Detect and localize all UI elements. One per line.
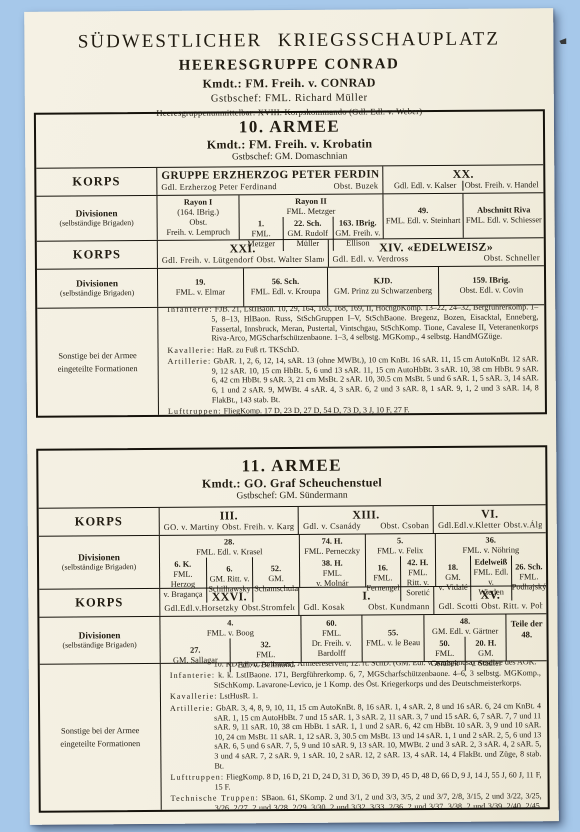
unit-commander: FML. [256, 650, 275, 660]
formation-kavallerie: Kavallerie: HaR. zu Fuß rt. TKSchD. [168, 343, 539, 355]
unit-commander: FML. [322, 629, 341, 639]
korps-name: XXI. [162, 242, 324, 257]
korps-row: KORPS XXVI. Gdl.Edl.v.Horsetzky Obst.Str… [39, 585, 546, 617]
unit-commander: FML. v. Elmar [176, 288, 225, 298]
unit-number: KJD. [374, 276, 393, 286]
formation-infanterie: Infanterie: FJB. 21, LstIBaon. 10, 29, 1… [167, 305, 538, 343]
korps-chief: Obst. Ritt. v. Pohl [481, 602, 542, 613]
division-cell-55: 55. FML. v. le Beau [362, 615, 424, 661]
divisionen-row: Divisionen (selbständige Brigaden) Rayon… [36, 192, 543, 241]
korps-xxvi: XXVI. Gdl.Edl.v.Horsetzky Obst.Stromfeld [160, 588, 298, 616]
unit-number: Teile der 48. [508, 618, 546, 639]
korps-xx: XX. Gdl. Edl. v. Kalser Obst. Freih. v. … [382, 165, 543, 193]
formation-head: Technische Truppen: [171, 794, 259, 804]
armee-11-gstbschef: Gstbschef: GM. Sündermann [39, 489, 546, 504]
unit-number: 42. H. [407, 558, 428, 568]
formation-body: LstHusR. 1. [220, 692, 259, 701]
korps-chief: Obst. Csoban [380, 521, 429, 531]
korps-row-label: KORPS [37, 241, 158, 269]
unit-number: 19. [195, 278, 205, 288]
korps-name: XV. [439, 588, 543, 602]
korps-kommandant: Gdl. Erzherzog Peter Ferdinand [161, 182, 277, 193]
formation-head: Artillerie: [170, 704, 214, 713]
unit-commander: GM. Edl. v. Gärtner [432, 627, 498, 636]
unit-number: 49. [418, 206, 428, 216]
korps-iii: III. GO. v. Martiny Obst. Freih. v. Karg [160, 507, 298, 535]
divisionen-sublabel: (selbständige Brigaden) [62, 563, 136, 572]
formation-head: Kavallerie: [170, 692, 218, 701]
page-header: SÜDWESTLICHER KRIEGSSCHAUPLATZ HEERESGRU… [24, 28, 554, 120]
unit-number: 20. H. [475, 639, 496, 649]
korps-kommandant: Gdl. Edl. v. Verdross [332, 255, 408, 266]
unit-number: 56. Sch. [272, 277, 300, 287]
korps-kommandant: Gdl.Edl.v.Horsetzky [164, 604, 238, 615]
division-group-header: 4. FML. v. Boog [160, 616, 300, 639]
heeresgruppe-gstbschef: Gstbschef: FML. Richard Müller [25, 91, 554, 107]
unit-number: 18. [448, 563, 458, 573]
division-group-header: 5. FML. v. Felix [366, 534, 435, 556]
unit-commander: FML. Edl. v. Steinhart [386, 216, 461, 227]
unit-commander: GM. Ritt. v. [210, 575, 250, 585]
divisionen-row: Divisionen (selbständige Brigaden) 19. F… [37, 265, 544, 308]
unit-number: 28. [224, 538, 234, 547]
document-page: SÜDWESTLICHER KRIEGSSCHAUPLATZ HEERESGRU… [24, 8, 559, 825]
unit-commander: FML. Edl. v. Schiesser [466, 215, 542, 226]
formation-body: GbAR. 1, 2, 6, 12, 14, sAR. 13 (ohne MWB… [212, 355, 539, 405]
division-group-header: 74. H. FML. Perneczky [299, 535, 364, 557]
unit-number: 26. Sch. [515, 562, 543, 572]
unit-number: 50. [439, 639, 449, 649]
formation-head: Artillerie: [168, 357, 212, 366]
scanned-page-background: { "header": { "title": "SÜDWESTLICHER KR… [0, 0, 580, 832]
unit-number: 1. [258, 219, 264, 229]
formation-lufttruppen: Lufttruppen: FliegKomp. 8 D, 16 D, 21 D,… [170, 770, 541, 792]
unit-number: 4. [227, 619, 233, 628]
korps-chief: Obst. Freih. v. Handel [463, 181, 540, 192]
page-title: SÜDWESTLICHER KRIEGSSCHAUPLATZ [24, 28, 553, 54]
unit-number: 6. K. [174, 560, 191, 570]
scan-artifact [559, 38, 566, 44]
unit-commander: FML. v. Boog [207, 628, 254, 637]
unit-number: 32. [260, 640, 270, 650]
korps-xiii: XIII. Gdl. v. Csanády Obst. Csoban [298, 506, 433, 534]
sonstige-label: Sonstige bei der Armee eingeteilte Forma… [37, 308, 159, 416]
unit-commander: FML. [435, 649, 454, 659]
divisionen-row: Divisionen (selbständige Brigaden) 4. FM… [39, 613, 546, 664]
divisionen-row-label: Divisionen (selbständige Brigaden) [39, 617, 160, 664]
korps-kommandant: Gdl. Kosak [304, 603, 345, 613]
divisionen-sublabel: (selbständige Brigaden) [59, 219, 133, 228]
division-group-48: 48. GM. Edl. v. Gärtner 50. FML. Gerabek… [423, 614, 546, 661]
unit-commander: FML. [373, 574, 392, 584]
formation-head: Kavallerie: [168, 345, 216, 354]
division-group-header: 28. FML. Edl. v. Krasel [160, 535, 299, 558]
unit-number: 6. [226, 565, 232, 575]
korps-name: XX. [387, 167, 539, 182]
korps-vi: VI. Gdl.Edl.v.Kletter Obst.v.Álgya-Pap [433, 505, 546, 533]
korps-gruppe-peter-ferdinand: GRUPPE ERZHERZOG PETER FERDINAND Gdl. Er… [157, 167, 382, 196]
unit-commander: GM. [445, 573, 461, 583]
divisionen-row: Divisionen (selbständige Brigaden) 28. F… [39, 532, 546, 589]
unit-number: 52. [271, 564, 281, 574]
unit-number: 48. [460, 617, 470, 626]
division-group-28: 28. FML. Edl. v. Krasel 6. K. FML. Herzo… [160, 535, 299, 588]
korps-name: XXVI. [164, 590, 294, 604]
division-cell-60: 60. FML. Dr. Freih. v. Bardolff [301, 616, 362, 662]
korps-kommandant: Gdl. Edl. v. Kalser [387, 181, 463, 192]
division-group-5: 5. FML. v. Felix 16. FML. Fernengel 42. … [365, 534, 435, 586]
unit-commander: GM. Prinz zu Schwarzenberg [334, 286, 432, 297]
korps-chief: Obst. Buzek [334, 181, 379, 191]
korps-row: KORPS III. GO. v. Martiny Obst. Freih. v… [39, 504, 546, 536]
korps-xxi: XXI. Gdl. Freih. v. Lütgendorf Obst. Wal… [158, 240, 328, 268]
formation-body: GbAR. 3, 4, 8, 9, 10, 11, 15 cm AutoKnBt… [214, 701, 541, 770]
division-cell-49: 49. FML. Edl. v. Steinhart [382, 194, 463, 239]
korps-kommandant: GO. v. Martiny [164, 523, 219, 533]
korps-kommandant: Gdl. Scotti [439, 602, 479, 612]
division-group-header: 36. FML. v. Nöhring [436, 533, 546, 556]
unit-number: 163. IBrig. [339, 218, 377, 228]
unit-commander: FML. v. le Beau [366, 638, 420, 648]
division-cell-rayon-i: Rayon I (164. IBrig.) Obst. Freih. v. Le… [157, 196, 238, 241]
formations-text: Höhere Kommandos und Einheiten: Festungs… [158, 305, 545, 415]
korps-chief: Obst. Walter Slameczka. [257, 255, 324, 266]
formation-artillerie: Artillerie: GbAR. 1, 2, 6, 12, 14, sAR. … [168, 355, 539, 406]
divisionen-row-label: Divisionen (selbständige Brigaden) [36, 196, 157, 241]
korps-row: KORPS XXI. Gdl. Freih. v. Lütgendorf Obs… [37, 237, 544, 269]
unit-commander: FML. v. Felix [377, 546, 423, 555]
unit-commander: GM. [478, 649, 494, 659]
unit-commander: FML. [323, 569, 342, 579]
division-cell-abschnitt-riva: Abschnitt Riva FML. Edl. v. Schiesser [463, 193, 544, 238]
unit-commander: FML. Perneczky [304, 547, 360, 556]
division-group-4: 4. FML. v. Boog 27. GM. Sallagar 32. FML… [160, 616, 300, 663]
unit-commander: Freih. v. Lempruch [166, 228, 230, 239]
korps-name: XIII. [303, 508, 429, 522]
unit-commander: FML. Edl. v. Krasel [196, 547, 262, 556]
formation-body: HaR. zu Fuß rt. TKSchD. [217, 345, 299, 355]
divisionen-sublabel: (selbständige Brigaden) [62, 641, 136, 650]
unit-number: 22. Sch. [294, 219, 322, 229]
formation-head: Infanterie: [167, 305, 212, 314]
unit-number: 60. [326, 619, 336, 629]
unit-commander: FML. Edl. v. Kroupa [251, 287, 321, 298]
division-cell-kjd: KJD. GM. Prinz zu Schwarzenberg [327, 267, 438, 306]
division-cell-19: 19. FML. v. Elmar [158, 269, 243, 308]
sonstige-label: Sonstige bei der Armee eingeteilte Forma… [40, 664, 162, 811]
formation-technische-truppen: Technische Truppen: SBaon. 61, SKomp. 2 … [171, 792, 542, 810]
korps-xv: XV. Gdl. Scotti Obst. Ritt. v. Pohl [434, 586, 547, 614]
unit-commander: Obst. [189, 218, 207, 228]
korps-row-label: KORPS [36, 168, 157, 196]
unit-number: 38. H. [322, 559, 343, 569]
korps-kommandant: Gdl.Edl.v.Kletter [438, 521, 501, 532]
division-cell-159-ibrig: 159. IBrig. Obst. Edl. v. Covin [437, 266, 544, 305]
korps-i: I. Gdl. Kosak Obst. Kundmann [299, 587, 434, 615]
korps-chief: Obst. Kundmann [368, 602, 430, 613]
division-cell-teile-der-48: Teile der 48. [506, 614, 547, 660]
divisionen-sublabel: (selbständige Brigaden) [60, 289, 134, 298]
unit-number: 5. [397, 536, 403, 545]
korps-row-label: KORPS [39, 508, 160, 536]
unit-commander: FML. v. Nöhring [462, 546, 519, 555]
formation-head: Lufttruppen: [170, 773, 224, 782]
formation-head: Infanterie: [170, 671, 215, 680]
unit-commander: FML. Metzger [287, 207, 336, 216]
armee-11-box: 11. ARMEE Kmdt.: GO. Graf Scheuchenstuel… [36, 445, 550, 813]
formations-row: Sonstige bei der Armee eingeteilte Forma… [40, 660, 548, 810]
unit-number: 55. [388, 628, 398, 638]
division-group-header: 48. GM. Edl. v. Gärtner [424, 615, 506, 637]
unit-commander: Dr. Freih. v. Bardolff [302, 639, 361, 660]
division-group-36: 36. FML. v. Nöhring 18. GM. v. Vidalé Ed… [435, 533, 547, 586]
formation-head: Lufttruppen: [168, 407, 222, 415]
unit-number: 16. [378, 563, 388, 573]
unit-number: 27. [190, 646, 200, 656]
formation-body: 53. ID. (FML. Edl. v. Goldbach), 3. KD. … [214, 661, 541, 668]
division-group-rayon-ii: Rayon II FML. Metzger 1. FML. Metzger 22… [239, 195, 383, 240]
heeresgruppe-title: HEERESGRUPPE CONRAD [24, 55, 553, 76]
unit-commander: FML. [519, 573, 538, 583]
division-cell-56-sch: 56. Sch. FML. Edl. v. Kroupa [242, 268, 327, 307]
division-subgroup-48: 48. GM. Edl. v. Gärtner 50. FML. Gerabek… [424, 615, 506, 662]
formation-body: FJB. 21, LstIBaon. 10, 29, 164, 165, 168… [211, 305, 538, 342]
formation-artillerie: Artillerie: GbAR. 3, 4, 8, 9, 10, 11, 15… [170, 701, 541, 771]
unit-number: Rayon I [184, 198, 212, 208]
armee-11-header: 11. ARMEE Kmdt.: GO. Graf Scheuchenstuel… [38, 447, 545, 508]
division-group-i-korps: 60. FML. Dr. Freih. v. Bardolff 55. FML.… [300, 615, 423, 662]
divisionen-row-label: Divisionen (selbständige Brigaden) [39, 536, 160, 589]
korps-name: III. [164, 509, 294, 523]
korps-row-label: KORPS [39, 589, 160, 617]
formations-text: Höhere Kommandos und Einheiten: 53. ID. … [161, 661, 548, 810]
korps-name: XIV. «EDELWEISZ» [332, 240, 539, 255]
division-group-74h: 74. H. FML. Perneczky 38. H. FML. v. Mol… [298, 535, 364, 587]
divisionen-row-label: Divisionen (selbständige Brigaden) [37, 269, 158, 308]
korps-kommandant: Gdl. Freih. v. Lütgendorf [162, 256, 254, 267]
unit-detail: (164. IBrig.) [177, 208, 219, 218]
formation-lufttruppen: Lufttruppen: FliegKomp. 17 D, 23 D, 27 D… [168, 405, 539, 415]
heeresgruppe-kommandant: Kmdt.: FM. Freih. v. CONRAD [25, 75, 554, 92]
formations-row: Sonstige bei der Armee eingeteilte Forma… [37, 304, 545, 415]
unit-commander: Obst. Edl. v. Covin [460, 286, 524, 297]
korps-name: VI. [438, 507, 542, 521]
korps-name: I. [304, 589, 430, 603]
korps-chief: Obst. Schneller [484, 254, 540, 264]
korps-row: KORPS GRUPPE ERZHERZOG PETER FERDINAND G… [36, 164, 543, 196]
korps-xiv-edelweisz: XIV. «EDELWEISZ» Gdl. Edl. v. Verdross O… [327, 238, 544, 267]
unit-number: Abschnitt Riva [477, 205, 530, 215]
unit-number: Edelweiß [474, 558, 507, 568]
formation-infanterie: Infanterie: k. k. LstIBaone. 171, Bergfü… [170, 669, 541, 691]
korps-chief: Obst. Freih. v. Karg [222, 522, 294, 533]
formation-kavallerie: Kavallerie: LstHusR. 1. [170, 690, 541, 702]
unit-commander: GM. [268, 574, 284, 584]
unit-number: Rayon II [295, 197, 327, 206]
division-group-header: Rayon II FML. Metzger [240, 195, 383, 218]
korps-chief: Obst.v.Álgya-Pap [504, 521, 542, 531]
formation-body: k. k. LstIBaone. 171, Bergführerkomp. 6,… [214, 669, 541, 690]
unit-number: 74. H. [322, 537, 343, 546]
unit-number: 36. [486, 536, 496, 545]
formation-body: SBaon. 61, SKomp. 2 und 3/1, 2 und 3/3, … [215, 792, 542, 810]
formation-body: FliegKomp. 17 D, 23 D, 27 D, 54 D, 73 D,… [224, 405, 410, 414]
formation-body: FliegKomp. 8 D, 16 D, 21 D, 24 D, 31 D, … [215, 770, 542, 791]
unit-number: 159. IBrig. [472, 276, 510, 286]
armee-10-box: 10. ARMEE Kmdt.: FM. Freih. v. Krobatin … [34, 109, 547, 418]
korps-kommandant: Gdl. v. Csanády [303, 522, 361, 532]
korps-chief: Obst.Stromfeld [242, 603, 295, 613]
armee-10-gstbschef: Gstbschef: GM. Domaschnian [36, 150, 543, 165]
armee-10-header: 10. ARMEE Kmdt.: FM. Freih. v. Krobatin … [36, 111, 543, 168]
